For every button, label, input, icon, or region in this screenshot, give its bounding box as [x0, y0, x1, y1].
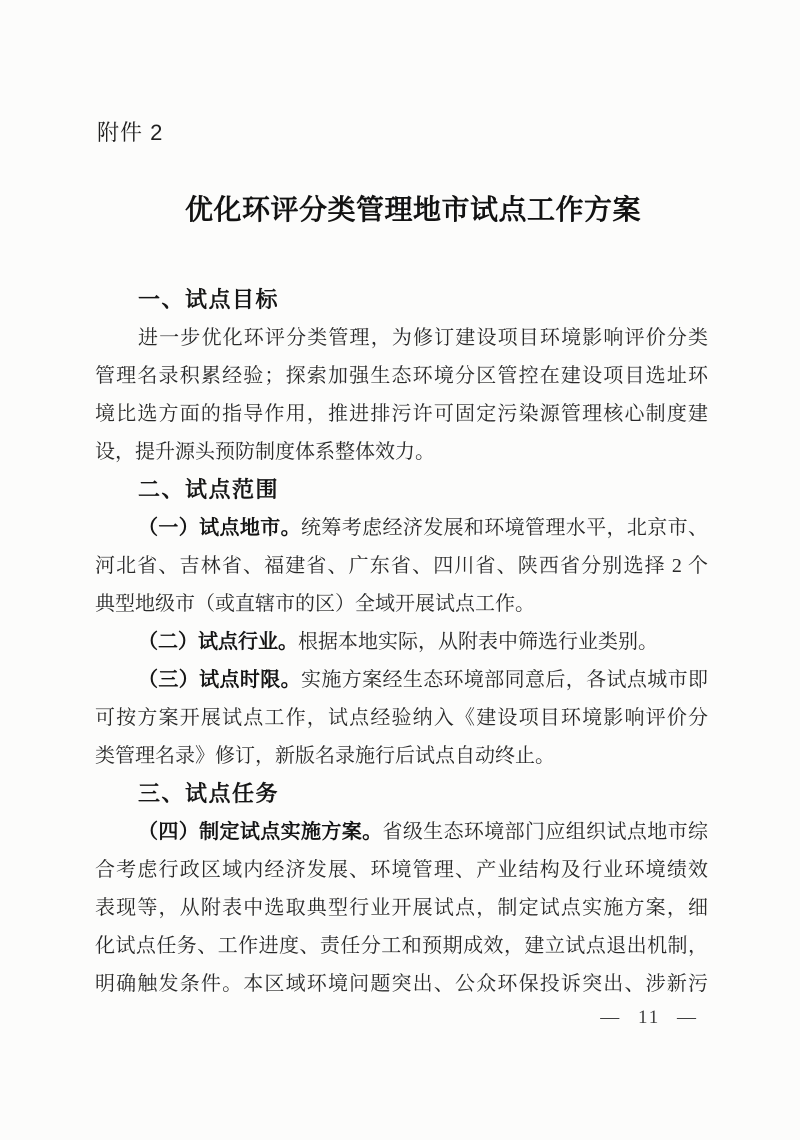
section-heading: 三、试点任务 [95, 775, 708, 813]
text-line: 河北省、吉林省、福建省、广东省、四川省、陕西省分别选择 2 个 [95, 547, 708, 585]
paragraph-text: 实施方案经生态环境部同意后，各试点城市即 [301, 669, 708, 691]
document-page: 附件 2 优化环评分类管理地市试点工作方案 一、试点目标进一步优化环评分类管理，… [0, 0, 800, 1140]
paragraph-lead-bold: （三）试点时限。 [138, 669, 301, 691]
paragraph-text: 省级生态环境部门应组织试点地市综 [382, 821, 708, 843]
page-number: — 11 — [600, 1004, 698, 1032]
text-line: （三）试点时限。实施方案经生态环境部同意后，各试点城市即 [95, 661, 708, 699]
document-body: 一、试点目标进一步优化环评分类管理，为修订建设项目环境影响评价分类管理名录积累经… [95, 281, 708, 1003]
text-line: 可按方案开展试点工作，试点经验纳入《建设项目环境影响评价分 [95, 699, 708, 737]
paragraph-lead-bold: （二）试点行业。 [138, 631, 298, 653]
text-line: 境比选方面的指导作用，推进排污许可固定污染源管理核心制度建 [95, 395, 708, 433]
document-title: 优化环评分类管理地市试点工作方案 [13, 192, 800, 230]
paragraph-lead-bold: （一）试点地市。 [138, 517, 301, 539]
text-line: （四）制定试点实施方案。省级生态环境部门应组织试点地市综 [95, 813, 708, 851]
text-line: 合考虑行政区域内经济发展、环境管理、产业结构及行业环境绩效 [95, 851, 708, 889]
section-heading: 一、试点目标 [95, 281, 708, 319]
text-line: 明确触发条件。本区域环境问题突出、公众环保投诉突出、涉新污 [95, 965, 708, 1003]
text-line: 设，提升源头预防制度体系整体效力。 [95, 433, 708, 471]
paragraph-text: 根据本地实际，从附表中筛选行业类别。 [298, 631, 658, 653]
paragraph-lead-bold: （四）制定试点实施方案。 [138, 821, 382, 843]
text-line: 管理名录积累经验；探索加强生态环境分区管控在建设项目选址环 [95, 357, 708, 395]
text-line: 类管理名录》修订，新版名录施行后试点自动终止。 [95, 737, 708, 775]
text-line: 进一步优化环评分类管理，为修订建设项目环境影响评价分类 [95, 319, 708, 357]
text-line: 化试点任务、工作进度、责任分工和预期成效，建立试点退出机制， [95, 927, 708, 965]
text-line: 表现等，从附表中选取典型行业开展试点，制定试点实施方案，细 [95, 889, 708, 927]
section-heading: 二、试点范围 [95, 471, 708, 509]
attachment-label: 附件 2 [97, 120, 163, 146]
text-line: （一）试点地市。统筹考虑经济发展和环境管理水平，北京市、 [95, 509, 708, 547]
text-line: 典型地级市（或直辖市的区）全域开展试点工作。 [95, 585, 708, 623]
text-line: （二）试点行业。根据本地实际，从附表中筛选行业类别。 [95, 623, 708, 661]
paragraph-text: 统筹考虑经济发展和环境管理水平，北京市、 [301, 517, 708, 539]
